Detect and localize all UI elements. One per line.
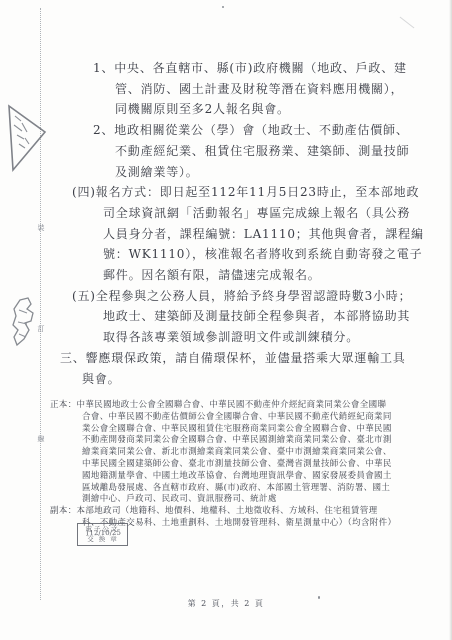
body-line: 號：WK1110），核准報名者將收到系統自動寄發之電子 — [103, 247, 422, 261]
binding-char-xian: 線 — [36, 436, 46, 443]
body-line: (四)報名方式：即日起至112年11月5日23時止，至本部地政 — [72, 185, 419, 199]
body-line: 三、響應環保政策，請自備環保杯，並儘量搭乘大眾運輸工具 — [60, 351, 406, 365]
body-line: 人員身分者，課程編號：LA1110；其他與會者，課程編 — [103, 227, 424, 241]
body-line: 與會。 — [82, 372, 120, 386]
addressee-line: 業公會全國聯合會、中華民國租賃住宅服務商業同業公會全國聯合會、中華民國 — [82, 424, 392, 434]
body-line: 及測繪業等）。 — [115, 165, 199, 179]
addressee-line: 科、不動產交易科、土地重劃科、土地開發管理科、衛星測量中心）（均含附件） — [82, 518, 396, 528]
binding-char-zhuang: 裝 — [36, 225, 46, 232]
exchange-stamp-date: 112/10/25 — [81, 530, 125, 538]
fold-seal-stamp — [5, 90, 51, 176]
addressee-line: 合會、中華民國不動產估價師公會全國聯合會、中華民國不動產代銷經紀商業同 — [82, 412, 392, 422]
partial-seal-stamp — [10, 296, 36, 352]
addressee-line: 中華民國全國建築師公會、臺北市測量技師公會、臺灣省測量技師公會、中華民 — [82, 459, 392, 469]
body-line: 管、消防、國土計畫及財稅等潛在資料應用機關）， — [115, 82, 403, 96]
document-page: 裝 訂 線 1、中央、各直轄市、縣(市)政府機關（地政、戶政、建管、消防、國土計… — [0, 0, 452, 640]
addressee-line: 不動產開發商業同業公會全國聯合會、中華民國測繪業商業同業公會、臺北市測 — [82, 435, 392, 445]
body-line: 2、地政相關從業公（學）會（地政士、不動產估價師、 — [93, 123, 409, 137]
page-number: 第 2 頁，共 2 頁 — [146, 598, 306, 609]
body-line: (五)全程參與之公務人員，將給予終身學習認證時數3小時； — [72, 289, 411, 303]
binding-char-ding: 訂 — [36, 326, 46, 333]
addressee-line: 正本：中華民國地政士公會全國聯合會、中華民國不動產仲介經紀商業同業公會全國聯 — [50, 400, 386, 410]
exchange-stamp: 電子公文 交換章 112/10/25 — [77, 523, 128, 546]
addressee-line: 繪業商業同業公會、新北市測繪業商業同業公會、臺中市測繪業商業同業公會、 — [82, 447, 392, 457]
scan-speck — [318, 596, 320, 599]
addressee-line: 國地籍測量學會、中國土地改革協會、台灣地理資訊學會、國家發展委員會國土 — [82, 471, 392, 481]
body-line: 同機關原則至多2人報名與會。 — [115, 102, 290, 116]
scan-scratch — [400, 17, 415, 29]
body-line: 司全球資訊網「活動報名」專區完成線上報名（具公務 — [103, 206, 410, 220]
addressee-line: 測繪中心、戶政司、民政司、資訊服務司、統計處 — [82, 494, 277, 504]
body-line: 地政士、建築師及測量技師全程參與者，本部將協助其 — [103, 309, 410, 323]
addressee-line: 區域離島發展處、各直轄市政府、縣(市)政府、本部國土管理署、消防署、國土 — [82, 483, 390, 493]
addressee-line: 副本：本部地政司（地籍科、地價科、地權科、土地徵收科、方域科、住宅租賃管理 — [50, 506, 377, 516]
body-line: 1、中央、各直轄市、縣(市)政府機關（地政、戶政、建 — [93, 61, 407, 75]
scan-speck — [222, 6, 224, 8]
body-line: 不動產經紀業、租賃住宅服務業、建築師、測量技師 — [115, 144, 409, 158]
body-line: 取得各該專業領域參訓證明文件或訓練積分。 — [103, 330, 359, 344]
body-line: 郵件。因名額有限，請儘速完成報名。 — [103, 268, 321, 282]
